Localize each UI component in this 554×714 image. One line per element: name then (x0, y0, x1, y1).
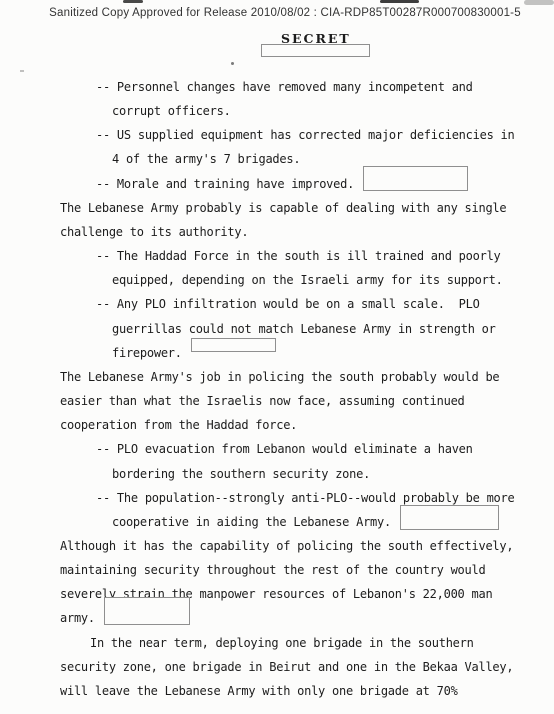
document-line: The Lebanese Army probably is capable of… (0, 196, 554, 220)
document-line: 4 of the army's 7 brigades. (0, 147, 554, 171)
document-line: -- Any PLO infiltration would be on a sm… (0, 292, 554, 316)
document-line: guerrillas could not match Lebanese Army… (0, 317, 554, 341)
document-line-text: Although it has the capability of polici… (60, 539, 513, 553)
redaction-box (400, 505, 499, 530)
document-line: maintaining security throughout the rest… (0, 558, 554, 582)
document-line: corrupt officers. (0, 99, 554, 123)
scan-artifact (380, 0, 419, 3)
document-line: firepower. (0, 341, 554, 365)
document-line: -- PLO evacuation from Lebanon would eli… (0, 437, 554, 461)
declassification-banner: Sanitized Copy Approved for Release 2010… (0, 7, 554, 19)
document-line: will leave the Lebanese Army with only o… (0, 679, 554, 703)
document-line: -- The Haddad Force in the south is ill … (0, 244, 554, 268)
document-line-text: -- US supplied equipment has corrected m… (96, 128, 514, 142)
document-line-text: -- Personnel changes have removed many i… (96, 80, 473, 94)
document-line: severely strain the manpower resources o… (0, 582, 554, 606)
document-line: -- Personnel changes have removed many i… (0, 75, 554, 99)
scan-artifact (123, 0, 143, 3)
document-line-text: In the near term, deploying one brigade … (90, 636, 474, 650)
scan-speck (20, 70, 24, 72)
document-line-text: The Lebanese Army's job in policing the … (60, 370, 499, 384)
document-line: easier than what the Israelis now face, … (0, 389, 554, 413)
document-line: security zone, one brigade in Beirut and… (0, 655, 554, 679)
document-line-text: -- The population--strongly anti-PLO--wo… (96, 491, 514, 505)
scan-artifact (524, 0, 554, 5)
classification-stamp-box (261, 44, 370, 57)
document-line-text: firepower. (112, 346, 182, 360)
document-line-text: cooperative in aiding the Lebanese Army. (112, 515, 391, 529)
document-line: In the near term, deploying one brigade … (0, 631, 554, 655)
redaction-box (104, 597, 190, 625)
document-line: cooperation from the Haddad force. (0, 413, 554, 437)
document-page: Sanitized Copy Approved for Release 2010… (0, 0, 554, 714)
document-line-text: security zone, one brigade in Beirut and… (60, 660, 513, 674)
document-line-text: bordering the southern security zone. (112, 467, 370, 481)
document-line-text: cooperation from the Haddad force. (60, 418, 297, 432)
document-line-text: -- PLO evacuation from Lebanon would eli… (96, 442, 473, 456)
redaction-box (191, 338, 276, 352)
document-line: challenge to its authority. (0, 220, 554, 244)
document-line-text: The Lebanese Army probably is capable of… (60, 201, 506, 215)
document-line-text: corrupt officers. (112, 104, 231, 118)
document-line: equipped, depending on the Israeli army … (0, 268, 554, 292)
document-body: -- Personnel changes have removed many i… (0, 75, 554, 703)
redaction-box (363, 166, 468, 191)
document-line-text: equipped, depending on the Israeli army … (112, 273, 503, 287)
document-line-text: easier than what the Israelis now face, … (60, 394, 465, 408)
document-line-text: army. (60, 611, 95, 625)
document-line: bordering the southern security zone. (0, 462, 554, 486)
document-line-text: -- Any PLO infiltration would be on a sm… (96, 297, 480, 311)
document-line-text: -- Morale and training have improved. (96, 177, 354, 191)
document-line-text: will leave the Lebanese Army with only o… (60, 684, 458, 698)
document-line: cooperative in aiding the Lebanese Army. (0, 510, 554, 534)
document-line-text: maintaining security throughout the rest… (60, 563, 485, 577)
document-line-text: challenge to its authority. (60, 225, 248, 239)
document-line-text: guerrillas could not match Lebanese Army… (112, 322, 496, 336)
document-line: Although it has the capability of polici… (0, 534, 554, 558)
document-line: -- US supplied equipment has corrected m… (0, 123, 554, 147)
document-line: -- Morale and training have improved. (0, 172, 554, 196)
document-line-text: 4 of the army's 7 brigades. (112, 152, 300, 166)
scan-speck (231, 62, 234, 65)
document-line: army. (0, 606, 554, 630)
document-line: The Lebanese Army's job in policing the … (0, 365, 554, 389)
document-line-text: -- The Haddad Force in the south is ill … (96, 249, 501, 263)
